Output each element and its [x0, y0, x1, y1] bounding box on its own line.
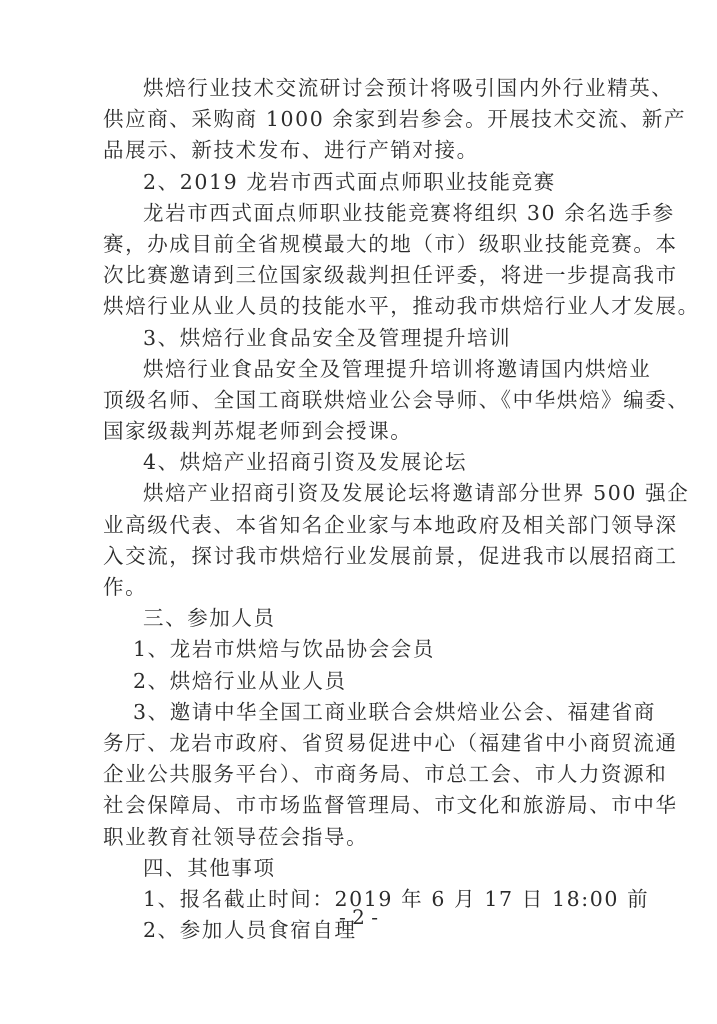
text-line: 职业教育社领导莅会指导。 — [103, 822, 643, 853]
text-line: 作。 — [103, 572, 643, 603]
section-heading: 4、烘焙产业招商引资及发展论坛 — [103, 447, 643, 478]
list-item: 3、邀请中华全国工商业联合会烘焙业公会、福建省商 — [103, 697, 643, 728]
text-line: 供应商、采购商 1000 余家到岩参会。开展技术交流、新产 — [103, 104, 643, 135]
text-line: 企业公共服务平台）、市商务局、市总工会、市人力资源和 — [103, 759, 643, 790]
text-line: 烘焙行业技术交流研讨会预计将吸引国内外行业精英、 — [103, 73, 643, 104]
list-item: 1、龙岩市烘焙与饮品协会会员 — [103, 634, 643, 665]
text-line: 烘焙行业食品安全及管理提升培训将邀请国内烘焙业 — [103, 354, 643, 385]
text-line: 国家级裁判苏焜老师到会授课。 — [103, 416, 643, 447]
text-line: 龙岩市西式面点师职业技能竞赛将组织 30 余名选手参 — [103, 198, 643, 229]
section-heading: 3、烘焙行业食品安全及管理提升培训 — [103, 323, 643, 354]
text-line: 次比赛邀请到三位国家级裁判担任评委，将进一步提高我市 — [103, 260, 643, 291]
text-line: 品展示、新技术发布、进行产销对接。 — [103, 135, 643, 166]
text-line: 烘焙产业招商引资及发展论坛将邀请部分世界 500 强企 — [103, 478, 643, 509]
text-line: 社会保障局、市市场监督管理局、市文化和旅游局、市中华 — [103, 790, 643, 821]
text-line: 烘焙行业从业人员的技能水平，推动我市烘焙行业人才发展。 — [103, 291, 643, 322]
text-line: 务厅、龙岩市政府、省贸易促进中心（福建省中小商贸流通 — [103, 728, 643, 759]
document-body: 烘焙行业技术交流研讨会预计将吸引国内外行业精英、 供应商、采购商 1000 余家… — [103, 73, 643, 946]
chapter-heading: 四、其他事项 — [103, 853, 643, 884]
list-item: 2、烘焙行业从业人员 — [103, 666, 643, 697]
page-number: - 2 - — [0, 905, 717, 929]
section-heading: 2、2019 龙岩市西式面点师职业技能竞赛 — [103, 167, 643, 198]
text-line: 入交流，探讨我市烘焙行业发展前景，促进我市以展招商工 — [103, 541, 643, 572]
text-line: 顶级名师、全国工商联烘焙业公会导师、《中华烘焙》编委、 — [103, 385, 643, 416]
chapter-heading: 三、参加人员 — [103, 603, 643, 634]
text-line: 业高级代表、本省知名企业家与本地政府及相关部门领导深 — [103, 510, 643, 541]
text-line: 赛，办成目前全省规模最大的地（市）级职业技能竞赛。本 — [103, 229, 643, 260]
